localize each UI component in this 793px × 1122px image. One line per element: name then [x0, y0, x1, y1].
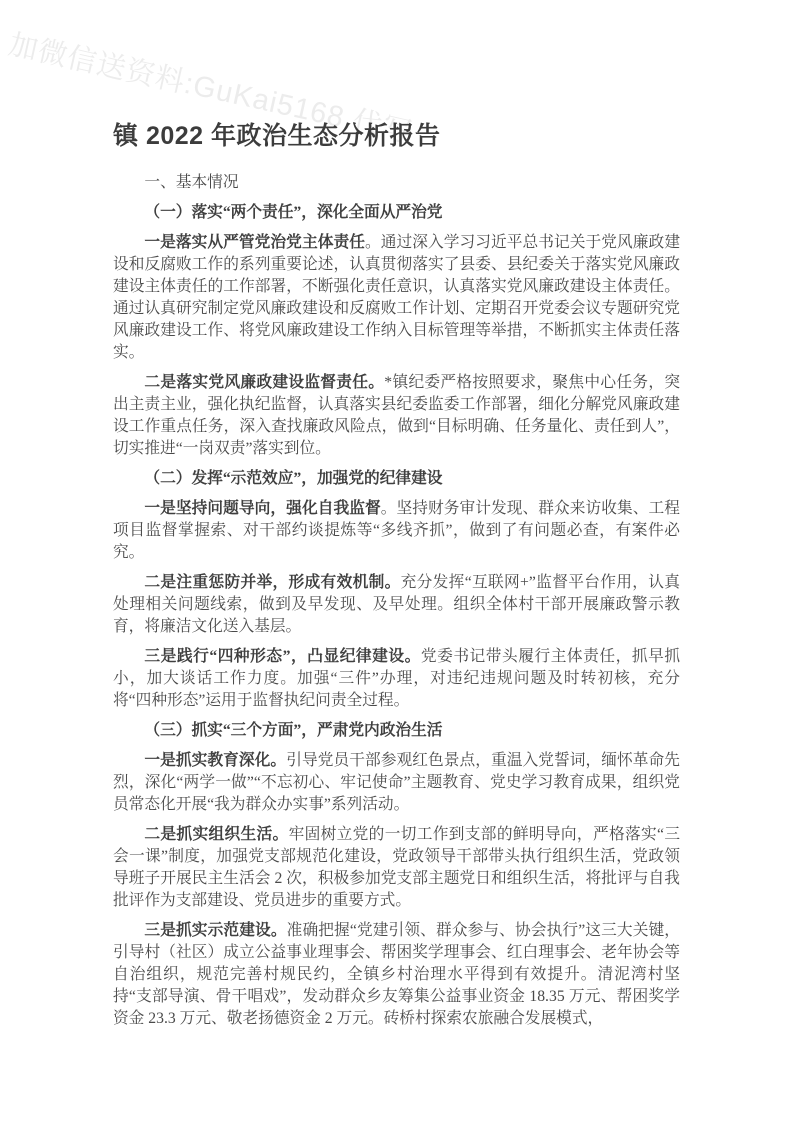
paragraph-lead: 二是落实党风廉政建设监督责任。	[144, 374, 384, 391]
paragraph-education: 一是抓实教育深化。引导党员干部参观红色景点，重温入党誓词，缅怀革命先烈，深化“两…	[113, 750, 680, 816]
subsection-heading-1-3: （三）抓实“三个方面”，严肃党内政治生活	[113, 720, 680, 742]
paragraph-org-life: 二是抓实组织生活。牢固树立党的一切工作到支部的鲜明导向，严格落实“三会一课”制度…	[113, 824, 680, 912]
paragraph-responsibility-main: 一是落实从严管党治党主体责任。通过深入学习习近平总书记关于党风廉政建设和反腐败工…	[113, 232, 680, 364]
paragraph-lead: 二是注重惩防并举，形成有效机制。	[144, 574, 400, 591]
paragraph-self-supervision: 一是坚持问题导向，强化自我监督。坚持财务审计发现、群众来访收集、工程项目监督掌握…	[113, 498, 680, 564]
document-page: 加微信送资料:GuKai5168 代写 镇 2022 年政治生态分析报告 一、基…	[0, 0, 793, 1122]
paragraph-four-forms: 三是践行“四种形态”，凸显纪律建设。党委书记带头履行主体责任，抓早抓小，加大谈话…	[113, 646, 680, 712]
paragraph-lead: 二是抓实组织生活。	[144, 826, 288, 843]
paragraph-lead: 一是抓实教育深化。	[144, 752, 286, 769]
subsection-heading-1-2: （二）发挥“示范效应”，加强党的纪律建设	[113, 468, 680, 490]
document-content: 镇 2022 年政治生态分析报告 一、基本情况 （一）落实“两个责任”，深化全面…	[113, 118, 680, 1038]
paragraph-model-building: 三是抓实示范建设。准确把握“党建引领、群众参与、协会执行”这三大关键，引导村（社…	[113, 920, 680, 1030]
paragraph-lead: 一是落实从严管党治党主体责任	[144, 234, 365, 251]
paragraph-body: 。通过深入学习习近平总书记关于党风廉政建设和反腐败工作的系列重要论述，认真贯彻落…	[113, 234, 680, 361]
paragraph-lead: 三是践行“四种形态”，凸显纪律建设。	[144, 648, 420, 665]
paragraph-mechanism: 二是注重惩防并举，形成有效机制。充分发挥“互联网+”监督平台作用，认真处理相关问…	[113, 572, 680, 638]
section-heading-1: 一、基本情况	[113, 172, 680, 194]
subsection-heading-1-1: （一）落实“两个责任”，深化全面从严治党	[113, 202, 680, 224]
paragraph-responsibility-supervision: 二是落实党风廉政建设监督责任。*镇纪委严格按照要求，聚焦中心任务，突出主责主业，…	[113, 372, 680, 460]
paragraph-lead: 三是抓实示范建设。	[144, 922, 286, 939]
page-title: 镇 2022 年政治生态分析报告	[113, 118, 680, 154]
paragraph-lead: 一是坚持问题导向，强化自我监督	[144, 500, 380, 517]
